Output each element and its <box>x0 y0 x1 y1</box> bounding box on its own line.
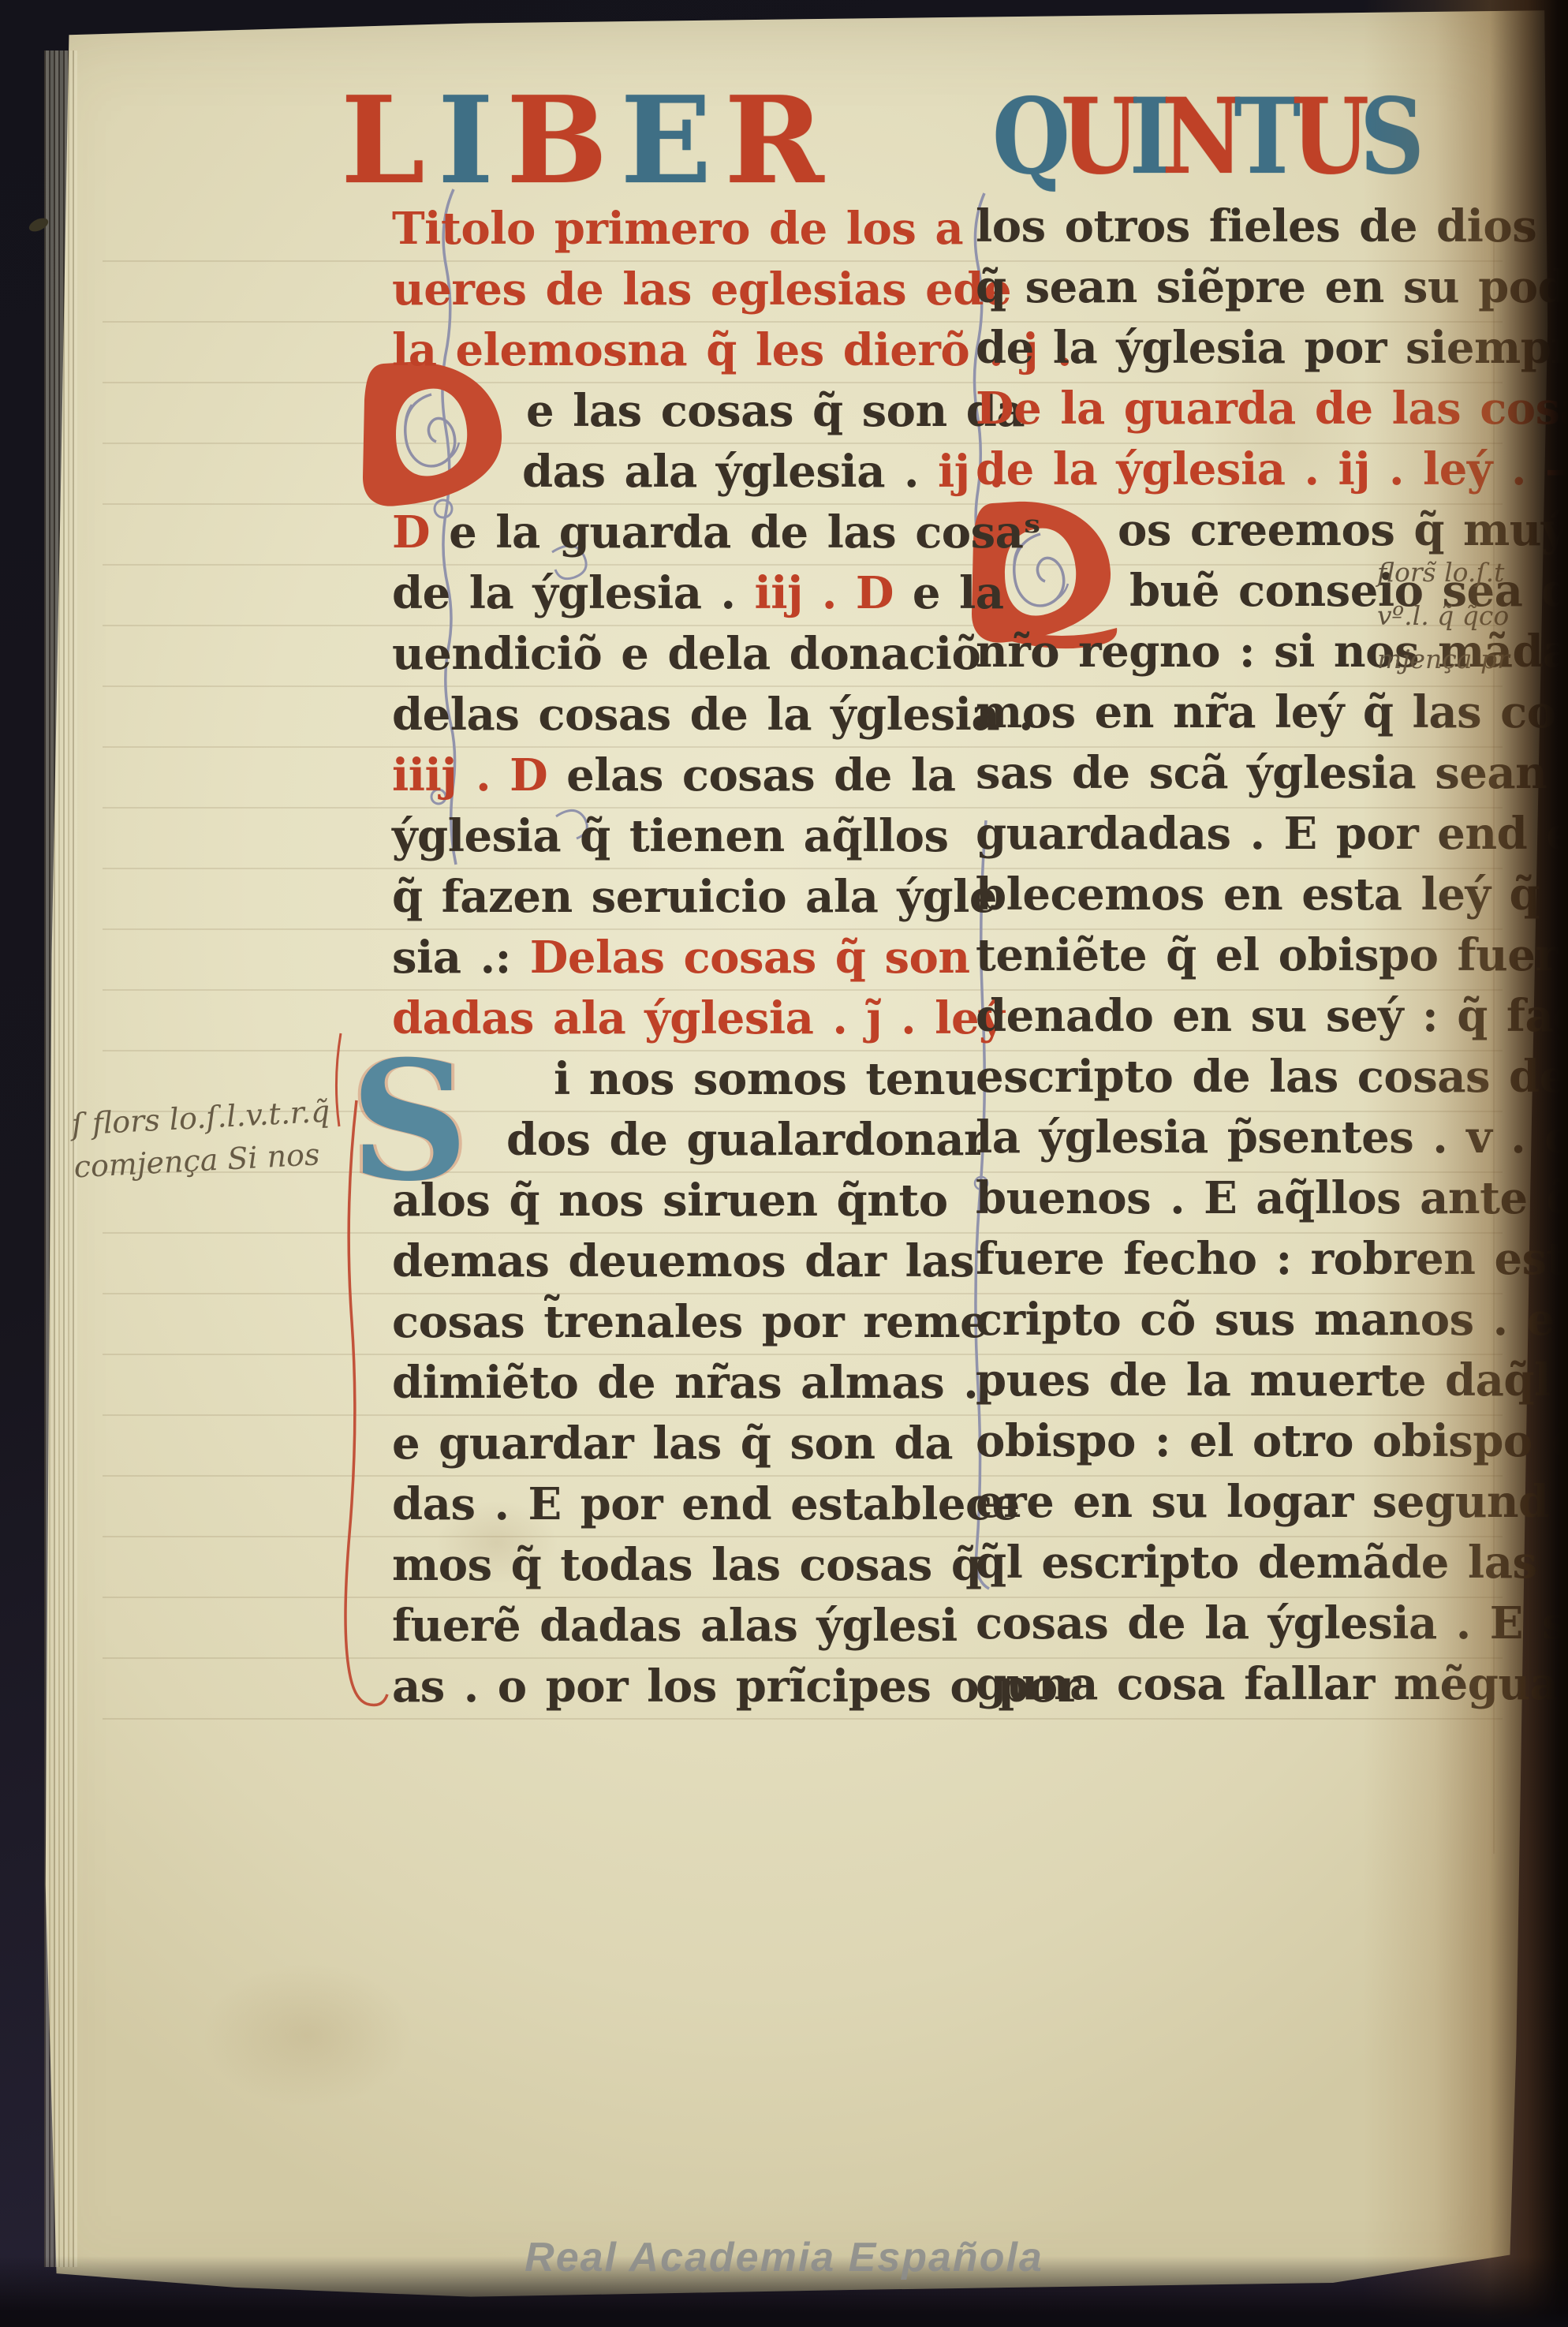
rubric-text: De la guarda de las cosas <box>976 383 1568 435</box>
body-text: guardadas . E por end esta <box>976 808 1568 860</box>
watermark: Real Academia Española <box>0 2234 1568 2281</box>
text-line: das ala ýglesia . ij . <box>392 444 1066 505</box>
body-text: cosas t̃renales por reme <box>392 1296 987 1348</box>
body-text: cosas de la ýglesia . E si al <box>976 1597 1568 1649</box>
display-letter: I <box>1129 76 1162 198</box>
text-line: mos en nr̃a leý q̃ las co <box>976 685 1520 745</box>
text-line: de la ýglesia por siempre .: <box>976 320 1520 381</box>
text-line: iiij . D elas cosas de la <box>392 748 936 809</box>
body-text: os creemos q̃ muý <box>1118 504 1566 556</box>
text-line: Titolo primero de los a <box>392 201 936 262</box>
rubric-text: de la ýglesia . ij . leý . —— <box>976 443 1568 495</box>
text-line: De la guarda de las cosas <box>976 381 1520 442</box>
text-line: sia .: Delas cosas q̃ son <box>392 930 936 991</box>
body-text: sas de scã ýglesia sean <box>976 747 1547 799</box>
text-line: cosas de la ýglesia . E si al <box>976 1596 1520 1657</box>
body-text: ere en su logar segund a <box>976 1476 1568 1528</box>
body-text: q̃l escripto demãde las <box>976 1537 1537 1589</box>
margin-note-right: flors̃ lo.ſ.tvº.l. q̃ q̃comjença pr <box>1377 551 1510 681</box>
text-line: guardadas . E por end esta <box>976 806 1520 867</box>
text-line: cosas t̃renales por reme <box>392 1294 936 1355</box>
body-text: fuerẽ dadas alas ýglesi <box>392 1600 958 1652</box>
text-line: D e la guarda de las cosaˢ <box>392 505 936 566</box>
text-line: de la ýglesia . iij . D e la <box>392 566 936 626</box>
display-letter: S <box>1360 76 1415 198</box>
text-line: q̃ sean siẽpre en su poder <box>976 260 1520 320</box>
body-text: i nos somos tenu <box>554 1053 976 1105</box>
text-line: as . o por los prĩcipes o por <box>392 1659 936 1720</box>
text-line: mos q̃ todas las cosas q̃ <box>392 1537 936 1598</box>
text-line: uendiciõ e dela donaciõ <box>392 626 936 687</box>
text-line: fuere fecho : robren este es <box>976 1231 1520 1292</box>
display-letter: U <box>1291 76 1360 198</box>
body-text: escripto de las cosas de <box>976 1051 1567 1103</box>
body-text: de la ýglesia por siempre .: <box>976 322 1568 374</box>
text-line: guna cosa fallar mẽgua <box>976 1657 1520 1717</box>
body-text: ýglesia q̃ tienen aq̃llos <box>392 810 949 862</box>
body-text: uendiciõ e dela donaciõ <box>392 628 980 680</box>
text-line: q̃l escripto demãde las <box>976 1535 1520 1596</box>
body-text: dimiẽto de nr̃as almas . <box>392 1357 978 1409</box>
body-text: q̃ fazen seruicio ala ýgle <box>392 871 997 923</box>
display-letter: R <box>724 69 836 211</box>
body-text: delas cosas de la ýglesia . <box>392 689 1033 741</box>
margin-note-line: flors̃ lo.ſ.t <box>1377 551 1510 594</box>
display-letter: T <box>1234 76 1291 198</box>
text-line: delas cosas de la ýglesia . <box>392 687 936 748</box>
text-line: la ýglesia p̃sentes . v . om̃s <box>976 1110 1520 1171</box>
text-line: teniẽte q̃ el obispo fuere or <box>976 928 1520 988</box>
body-text: pues de la muerte daq̃l <box>976 1354 1551 1406</box>
margin-note-left: ſ flors lo.ſ.l.v.t.r.q̃comjença Si nos <box>70 1089 333 1188</box>
body-text: buenos . E aq̃llos ante q̃ <box>976 1172 1568 1224</box>
body-text: guna cosa fallar mẽgua <box>976 1658 1558 1710</box>
body-text: das ala ýglesia . <box>522 446 938 498</box>
text-line: cripto cõ sus manos . e de <box>976 1292 1520 1353</box>
body-text: e la guarda de las cosaˢ <box>449 506 1040 558</box>
rubric-text: la elemosna q̃ les dierõ . j . <box>392 324 1072 376</box>
body-text: teniẽte q̃ el obispo fuere or <box>976 929 1568 981</box>
body-text: mos en nr̃a leý q̃ las co <box>976 686 1556 738</box>
text-line: los otros fieles de dios <box>976 199 1520 260</box>
running-title-quintus: QUINTUS <box>992 76 1415 198</box>
running-title-liber: LIBER <box>341 69 837 211</box>
display-letter: B <box>506 69 620 211</box>
margin-note-line: vº.l. q̃ q̃co <box>1377 594 1510 637</box>
display-letter: I <box>438 69 506 211</box>
text-line: sas de scã ýglesia sean <box>976 745 1520 806</box>
body-text: e guardar las q̃ son da <box>392 1417 953 1470</box>
text-line: obispo : el otro obispo q̃ fu <box>976 1414 1520 1474</box>
text-line: dimiẽto de nr̃as almas . <box>392 1355 936 1416</box>
text-line: das . E por end establece <box>392 1477 936 1537</box>
body-text: cripto cõ sus manos . e de <box>976 1294 1568 1346</box>
rubric-text: iiij . D <box>392 749 566 801</box>
text-line: e las cosas q̃ son da <box>392 383 1070 444</box>
text-line: alos q̃ nos siruen q̃nto <box>392 1173 936 1234</box>
text-line: q̃ fazen seruicio ala ýgle <box>392 869 936 930</box>
text-line: pues de la muerte daq̃l <box>976 1353 1520 1414</box>
body-text: blecemos en esta leý q̃ mã <box>976 868 1568 921</box>
body-text: das . E por end establece <box>392 1478 1020 1530</box>
rubric-text: Delas cosas q̃ son <box>530 932 970 984</box>
text-line: ýglesia q̃ tienen aq̃llos <box>392 809 936 869</box>
display-letter: U <box>1061 76 1129 198</box>
text-line: dadas ala ýglesia . j̃ . leý <box>392 991 936 1051</box>
body-text: alos q̃ nos siruen q̃nto <box>392 1175 948 1227</box>
page-fore-edge-stack <box>44 50 77 2267</box>
text-line: fuerẽ dadas alas ýglesi <box>392 1598 936 1659</box>
body-text: los otros fieles de dios <box>976 200 1536 252</box>
text-line: buenos . E aq̃llos ante q̃ <box>976 1171 1520 1231</box>
body-text: de la ýglesia . <box>392 567 755 619</box>
text-line: ere en su logar segund a <box>976 1474 1520 1535</box>
text-line: denado en su seý : q̃ faga <box>976 988 1520 1049</box>
display-letter: L <box>341 69 438 211</box>
rubric-text: ueres de las eglesias ede <box>392 263 1011 316</box>
body-text: demas deuemos dar las <box>392 1235 974 1287</box>
rubric-text: Titolo primero de los a <box>392 203 963 255</box>
margin-note-line: mjença pr <box>1377 637 1510 681</box>
text-line: e guardar las q̃ son da <box>392 1416 936 1477</box>
body-text: elas cosas de la <box>566 749 955 801</box>
body-text: dos de gualardonar <box>506 1114 987 1166</box>
text-line: blecemos en esta leý q̃ mã <box>976 867 1520 928</box>
rubric-text: iij . D <box>755 567 913 619</box>
body-text: obispo : el otro obispo q̃ fu <box>976 1415 1568 1467</box>
body-text: q̃ sean siẽpre en su poder <box>976 261 1568 313</box>
body-text: la ýglesia p̃sentes . v . om̃s <box>976 1111 1568 1163</box>
text-line: de la ýglesia . ij . leý . —— <box>976 442 1520 502</box>
rubric-text: dadas ala ýglesia . j̃ . leý <box>392 992 1004 1044</box>
text-line: la elemosna q̃ les dierõ . j . <box>392 323 936 383</box>
rubric-text: D <box>392 506 449 558</box>
body-text: e las cosas q̃ son da <box>526 385 1025 437</box>
body-text: fuere fecho : robren este es <box>976 1233 1568 1285</box>
manuscript-photo: LIBER QUINTUS D N S Titolo primero de lo… <box>0 0 1568 2327</box>
display-letter: E <box>620 69 724 211</box>
text-line: dos de gualardonar <box>392 1112 1051 1173</box>
display-letter: Q <box>992 76 1061 198</box>
display-letter: N <box>1162 76 1234 198</box>
text-line: ueres de las eglesias ede <box>392 262 936 323</box>
body-text: mos q̃ todas las cosas q̃ <box>392 1539 982 1591</box>
text-line: demas deuemos dar las <box>392 1234 936 1294</box>
text-line: escripto de las cosas de <box>976 1049 1520 1110</box>
body-text: sia .: <box>392 932 530 984</box>
body-text: denado en su seý : q̃ faga <box>976 990 1568 1042</box>
